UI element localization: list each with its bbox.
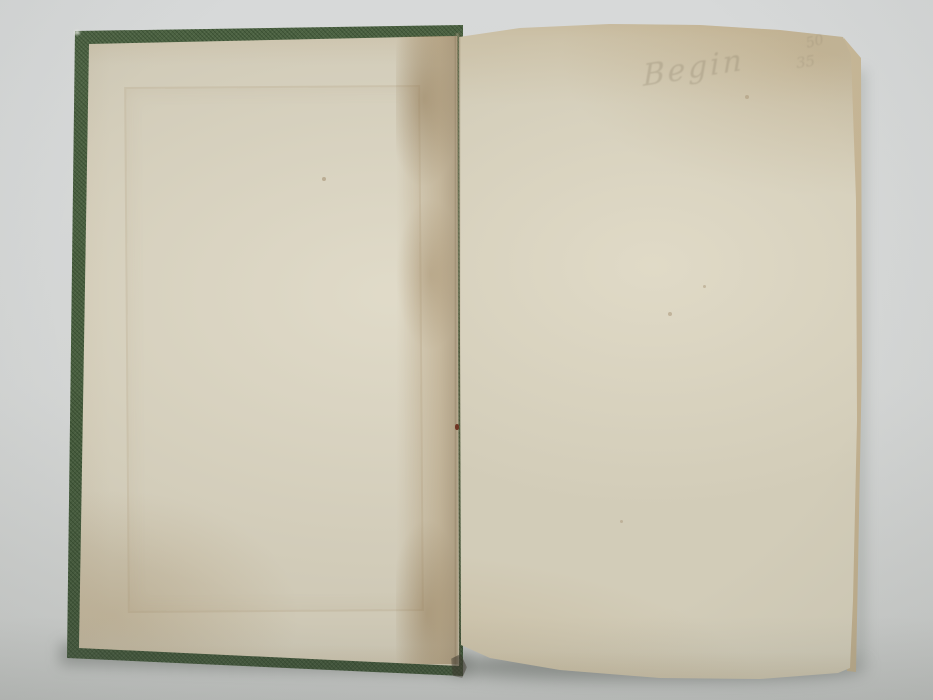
board-corner-highlight (74, 30, 80, 35)
foxing-spot (668, 312, 672, 316)
foxing-spot (703, 285, 706, 288)
offset-ghost-frame (124, 85, 424, 613)
red-speck (455, 424, 459, 430)
book-photo: Begin 50 35 (0, 0, 933, 700)
pencil-number-bottom: 35 (795, 52, 816, 72)
gutter-stain-left (396, 36, 458, 664)
gutter-crease (455, 33, 460, 665)
foxing-spot (620, 520, 623, 523)
foxing-spot (322, 177, 326, 181)
foxing-spot (745, 95, 749, 99)
